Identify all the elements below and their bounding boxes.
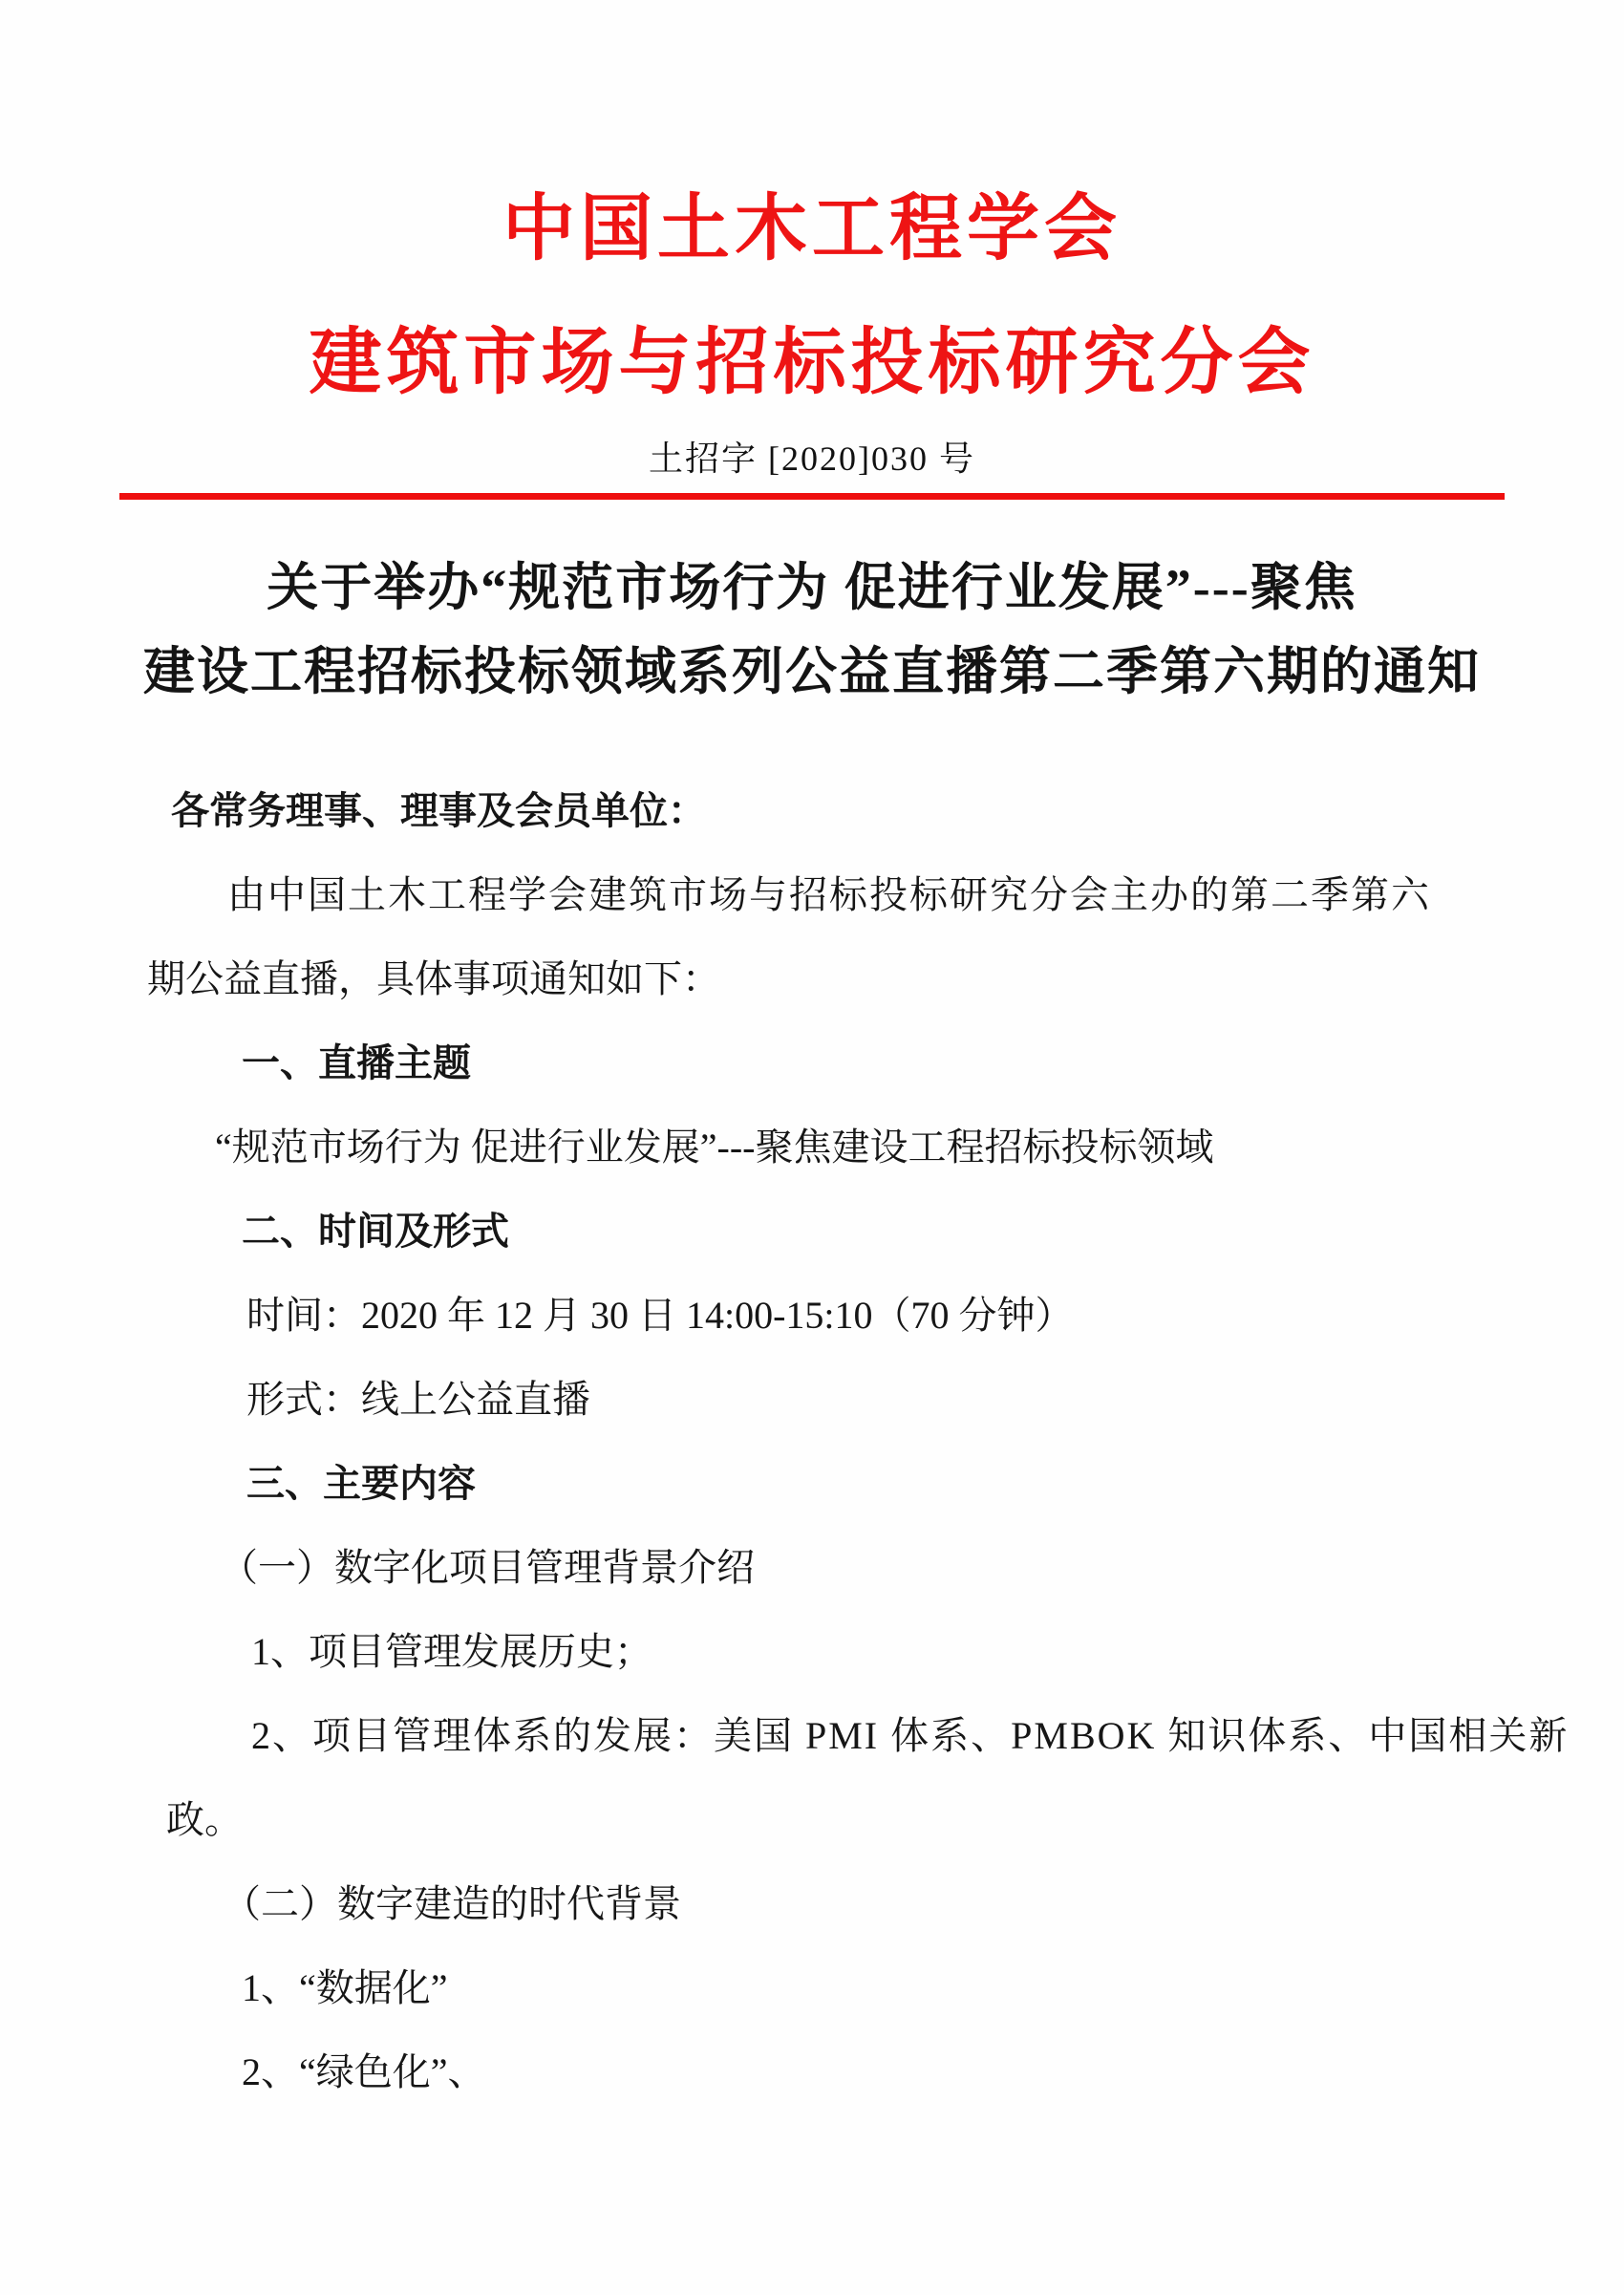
content-item-1-sub-2: 2、项目管理体系的发展：美国 PMI 体系、PMBOK 知识体系、中国相关新 [0,1694,1624,1778]
time-line: 时间：2020 年 12 月 30 日 14:00-15:10（70 分钟） [0,1274,1624,1358]
red-divider-rule [119,493,1505,500]
section-1-heading: 一、直播主题 [0,1021,1624,1105]
notice-document-page: 中国土木工程学会 建筑市场与招标投标研究分会 土招字 [2020]030 号 关… [0,0,1624,2295]
org-title-line-2: 建筑市场与招标投标研究分会 [0,296,1624,430]
content-item-2-heading: （二）数字建造的时代背景 [0,1862,1624,1946]
live-topic-line: “规范市场行为 促进行业发展”---聚焦建设工程招标投标领域 [0,1105,1624,1190]
org-title-line-1: 中国土木工程学会 [0,162,1624,296]
notice-body: 各常务理事、理事及会员单位： 由中国土木工程学会建筑市场与招标投标研究分会主办的… [0,769,1624,2114]
content-item-1-heading: （一）数字化项目管理背景介绍 [0,1526,1624,1610]
content-item-1-sub-2-cont: 政。 [0,1778,1624,1862]
format-line: 形式：线上公益直播 [0,1358,1624,1442]
section-2-heading: 二、时间及形式 [0,1190,1624,1274]
intro-line-1: 由中国土木工程学会建筑市场与招标投标研究分会主办的第二季第六 [0,853,1624,937]
document-number: 土招字 [2020]030 号 [0,430,1624,487]
notice-title-line-2: 建设工程招标投标领域系列公益直播第二季第六期的通知 [0,630,1624,714]
content-item-1-sub-1: 1、项目管理发展历史； [0,1610,1624,1694]
salutation-line: 各常务理事、理事及会员单位： [0,769,1624,853]
content-item-2-sub-2: 2、“绿色化”、 [0,2030,1624,2114]
content-item-2-sub-1: 1、“数据化” [0,1946,1624,2030]
document-header: 中国土木工程学会 建筑市场与招标投标研究分会 土招字 [2020]030 号 [0,0,1624,500]
notice-title-line-1: 关于举办“规范市场行为 促进行业发展”---聚焦 [0,546,1624,630]
intro-line-2: 期公益直播，具体事项通知如下： [0,937,1624,1021]
notice-title: 关于举办“规范市场行为 促进行业发展”---聚焦 建设工程招标投标领域系列公益直… [0,546,1624,714]
section-3-heading: 三、主要内容 [0,1442,1624,1526]
